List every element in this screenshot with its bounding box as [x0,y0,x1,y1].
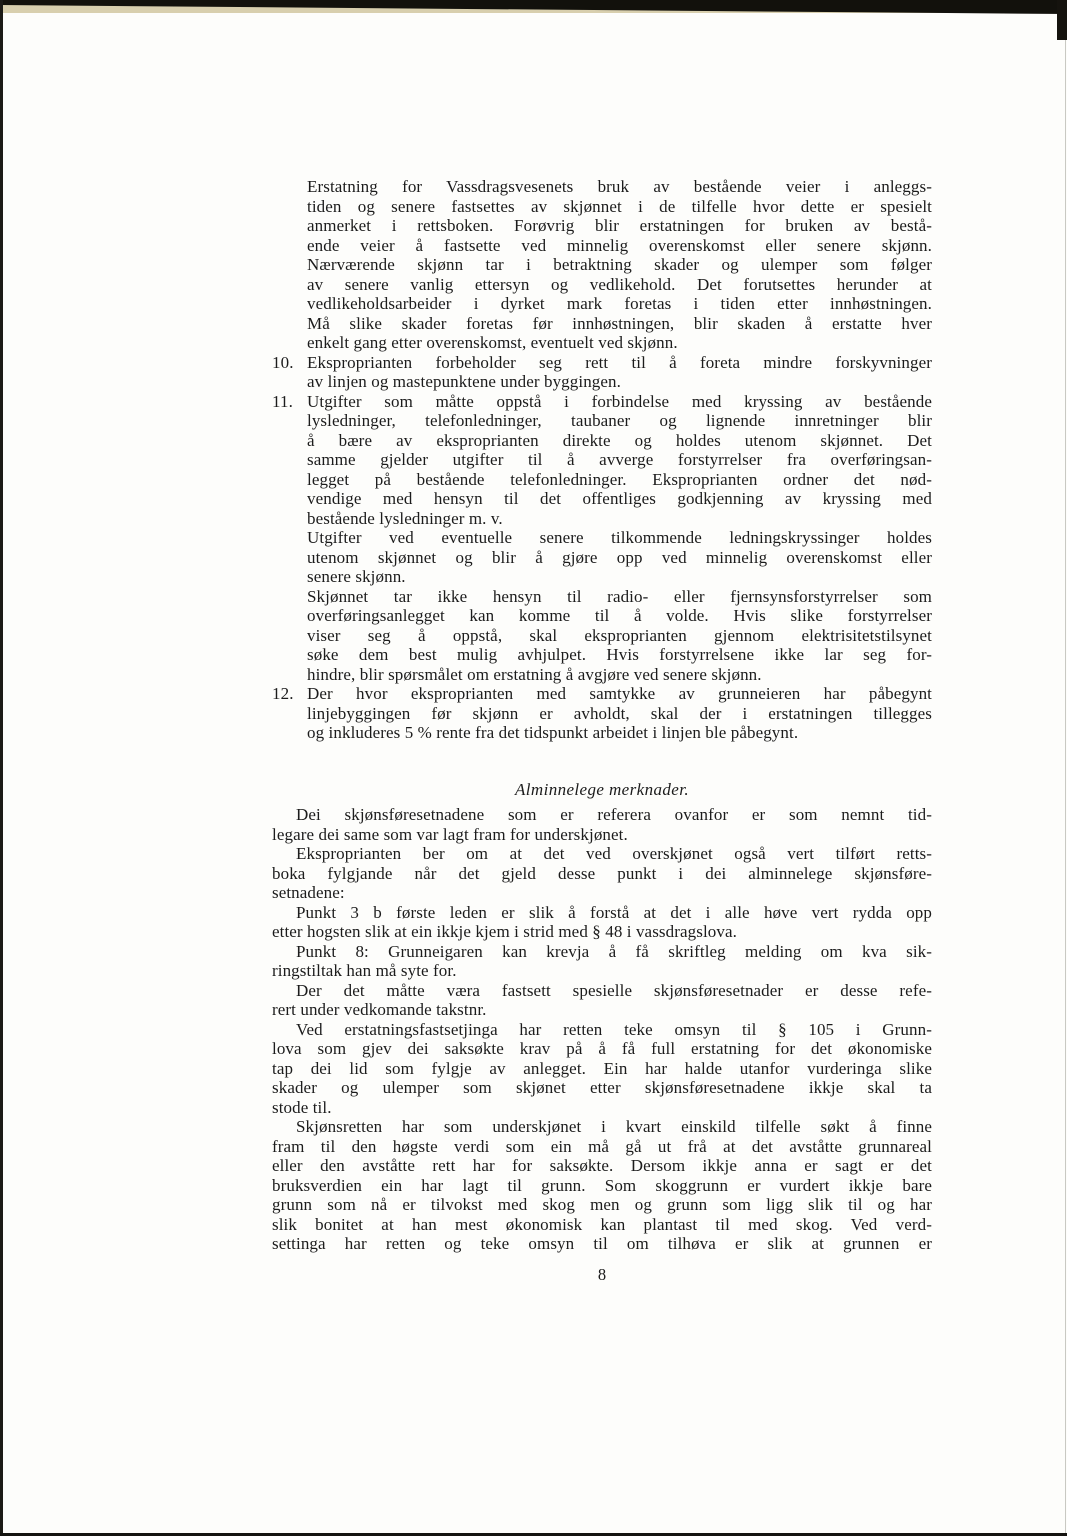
text-line: bestående lysledninger m. v. [307,509,932,529]
item-11-paragraph-1: Utgifter som måtte oppstå i forbindelse … [307,392,932,529]
text-line: av linjen og mastepunktene under bygging… [307,372,932,392]
text-line: av senere vanlig ettersyn og vedlikehold… [307,275,932,295]
merknader-paragraph-2: Eksproprianten ber om at det ved overskj… [272,844,932,903]
text-line: Må slike skader foretas før innhøstninge… [307,314,932,334]
text-line: legget på bestående telefonledninger. Ek… [307,470,932,490]
item-11-paragraph-3: Skjønnet tar ikke hensyn til radio- elle… [307,587,932,685]
text-line: utenom skjønnet og blir å gjøre opp ved … [307,548,932,568]
merknader-paragraph-5: Der det måtte væra fastsett spesielle sk… [272,981,932,1020]
text-line: Punkt 8: Grunneigaren kan krevja å få sk… [272,942,932,962]
text-line: bruksverdien ein har lagt til grunn. Som… [272,1176,932,1196]
list-item-number: 11. [272,392,302,412]
text-block: Erstatning for Vassdragsvesenets bruk av… [272,177,932,1284]
text-line: Erstatning for Vassdragsvesenets bruk av… [307,177,932,197]
merknader-paragraph-4: Punkt 8: Grunneigaren kan krevja å få sk… [272,942,932,981]
item-11-paragraph-2: Utgifter ved eventuelle senere tilkommen… [307,528,932,587]
intro-paragraph: Erstatning for Vassdragsvesenets bruk av… [272,177,932,353]
page-number: 8 [272,1265,932,1285]
text-line: Ved erstatningsfastsetjinga har retten t… [272,1020,932,1040]
text-line: grunn som nå er tilvokst med skog men og… [272,1195,932,1215]
text-line: Der det måtte væra fastsett spesielle sk… [272,981,932,1001]
text-line: lova som gjev dei saksøkte krav på å få … [272,1039,932,1059]
text-line: vedlikeholdsarbeider i dyrket mark foret… [307,294,932,314]
text-line: Eksproprianten forbeholder seg rett til … [307,353,932,373]
text-line: boka fylgjande når det gjeld desse punkt… [272,864,932,884]
text-line: Skjønnet tar ikke hensyn til radio- elle… [307,587,932,607]
item-12-paragraph: Der hvor eksproprianten med samtykke av … [307,684,932,743]
text-line: anmerket i rettsboken. Forøvrig blir ers… [307,216,932,236]
text-line: setnadene: [272,883,932,903]
text-line: linjebyggingen før skjønn er avholdt, sk… [307,704,932,724]
list-item-10: 10. Eksproprianten forbeholder seg rett … [272,353,932,392]
text-line: fram til den høgste verdi som ein må gå … [272,1137,932,1157]
text-line: Utgifter ved eventuelle senere tilkommen… [307,528,932,548]
merknader-paragraph-6: Ved erstatningsfastsetjinga har retten t… [272,1020,932,1118]
text-line: Der hvor eksproprianten med samtykke av … [307,684,932,704]
text-line: enkelt gang etter overenskomst, eventuel… [307,333,932,353]
text-line: etter hogsten slik at ein ikkje kjem i s… [272,922,932,942]
scan-top-right-notch [1057,0,1067,40]
text-line: skader og ulemper som skjønet etter skjø… [272,1078,932,1098]
list-item-11: 11. Utgifter som måtte oppstå i forbinde… [272,392,932,685]
text-line: legare dei same som var lagt fram for un… [272,825,932,845]
text-line: lysledninger, telefonledninger, taubaner… [307,411,932,431]
text-line: Nærværende skjønn tar i betraktning skad… [307,255,932,275]
text-line: Dei skjønsføresetnadene som er referera … [272,805,932,825]
section-heading: Alminnelege merknader. [272,780,932,800]
scan-left-edge-band [0,0,3,1536]
text-line: Punkt 3 b første leden er slik å forstå … [272,903,932,923]
text-line: Utgifter som måtte oppstå i forbindelse … [307,392,932,412]
text-line: rert under vedkomande takstnr. [272,1000,932,1020]
text-line: eller den avståtte rett har for saksøkte… [272,1156,932,1176]
merknader-paragraph-3: Punkt 3 b første leden er slik å forstå … [272,903,932,942]
text-line: tap dei lid som fylgje av anlegget. Ein … [272,1059,932,1079]
text-line: slik bonitet at han mest økonomisk kan p… [272,1215,932,1235]
text-line: stode til. [272,1098,932,1118]
text-line: Eksproprianten ber om at det ved overskj… [272,844,932,864]
list-item-12: 12. Der hvor eksproprianten med samtykke… [272,684,932,743]
text-line: samme gjelder utgifter til å avverge for… [307,450,932,470]
text-line: hindre, blir spørsmålet om erstatning å … [307,665,932,685]
item-10-paragraph: Eksproprianten forbeholder seg rett til … [307,353,932,392]
text-line: og inkluderes 5 % rente fra det tidspunk… [307,723,932,743]
list-item-number: 10. [272,353,302,373]
text-line: ringstiltak han må syte for. [272,961,932,981]
text-line: tiden og senere fastsettes av skjønnet i… [307,197,932,217]
text-line: å bære av eksproprianten direkte og hold… [307,431,932,451]
merknader-paragraph-7: Skjønsretten har som underskjønet i kvar… [272,1117,932,1254]
text-line: senere skjønn. [307,567,932,587]
text-line: viser seg å oppstå, skal eksproprianten … [307,626,932,646]
text-line: Skjønsretten har som underskjønet i kvar… [272,1117,932,1137]
merknader-paragraph-1: Dei skjønsføresetnadene som er referera … [272,805,932,844]
list-item-number: 12. [272,684,302,704]
text-line: overføringsanlegget kan komme til å vold… [307,606,932,626]
text-line: vendige med hensyn til det offentliges g… [307,489,932,509]
text-line: settinga har retten og teke omsyn til om… [272,1234,932,1254]
text-line: ende veier å fastsette ved minnelig over… [307,236,932,256]
scan-right-edge-line [1065,0,1066,1536]
scan-page: Erstatning for Vassdragsvesenets bruk av… [0,0,1067,1536]
text-line: søke dem best mulig avhjulpet. Hvis fors… [307,645,932,665]
